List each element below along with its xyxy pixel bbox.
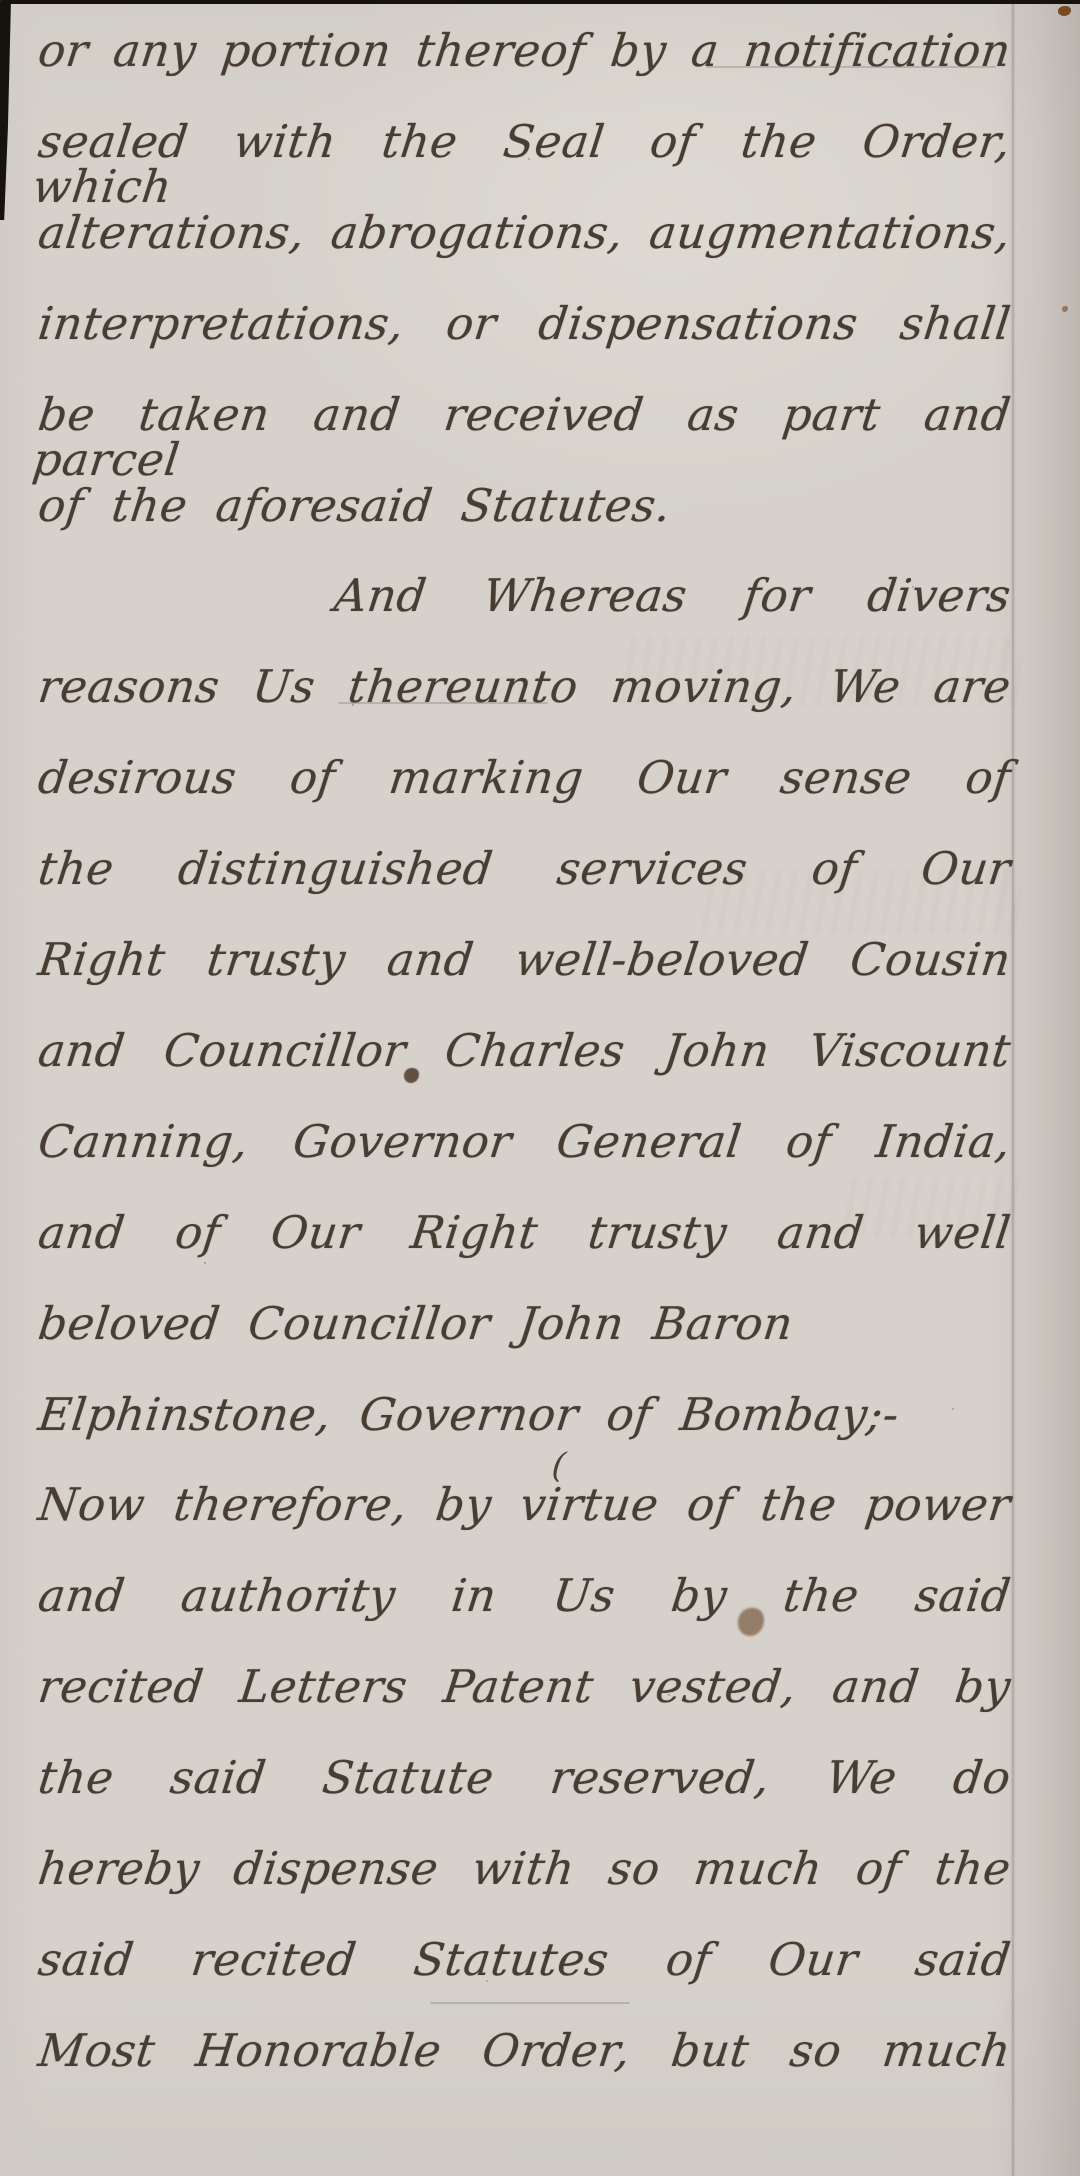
manuscript-page: or any portion thereof by a notification… (0, 0, 1080, 2176)
manuscript-line: Now therefore, by virtue of the power (34, 1482, 1013, 1542)
manuscript-line: be taken and received as part and parcel (34, 392, 1013, 452)
manuscript-line: and Councillor Charles John Viscount (34, 1028, 1013, 1088)
manuscript-line: recited Letters Patent vested, and by (34, 1664, 1013, 1724)
manuscript-line: alterations, abrogations, augmentations, (34, 210, 1013, 270)
manuscript-line: Most Honorable Order, but so much (34, 2028, 1013, 2088)
manuscript-line: said recited Statutes of Our said (34, 1937, 1013, 1997)
manuscript-text-block: or any portion thereof by a notification… (0, 0, 1080, 2176)
manuscript-line: Canning, Governor General of India, (34, 1119, 1013, 1179)
manuscript-line: Elphinstone, Governor of Bombay;- (34, 1392, 1013, 1452)
manuscript-line: and of Our Right trusty and well (34, 1210, 1013, 1270)
manuscript-line: hereby dispense with so much of the (34, 1846, 1013, 1906)
manuscript-line: and authority in Us by the said (34, 1573, 1013, 1633)
faint-guide-stroke (338, 702, 548, 704)
manuscript-line: reasons Us thereunto moving, We are (34, 664, 1013, 724)
manuscript-line: Right trusty and well-beloved Cousin (34, 937, 1013, 997)
faint-guide-stroke (430, 2002, 630, 2004)
dust-specks (0, 0, 2, 2)
manuscript-line: the distinguished services of Our (34, 846, 1013, 906)
faint-guide-stroke (706, 66, 996, 68)
manuscript-line: or any portion thereof by a notification (34, 28, 1013, 88)
manuscript-line: of the aforesaid Statutes. (34, 483, 1013, 543)
manuscript-line: beloved Councillor John Baron (34, 1301, 1013, 1361)
manuscript-line: interpretations, or dispensations shall (34, 301, 1013, 361)
manuscript-line: And Whereas for divers (34, 573, 1013, 633)
manuscript-line: sealed with the Seal of the Order, which (34, 119, 1013, 179)
manuscript-line: desirous of marking Our sense of (34, 755, 1013, 815)
manuscript-line: the said Statute reserved, We do (34, 1755, 1013, 1815)
